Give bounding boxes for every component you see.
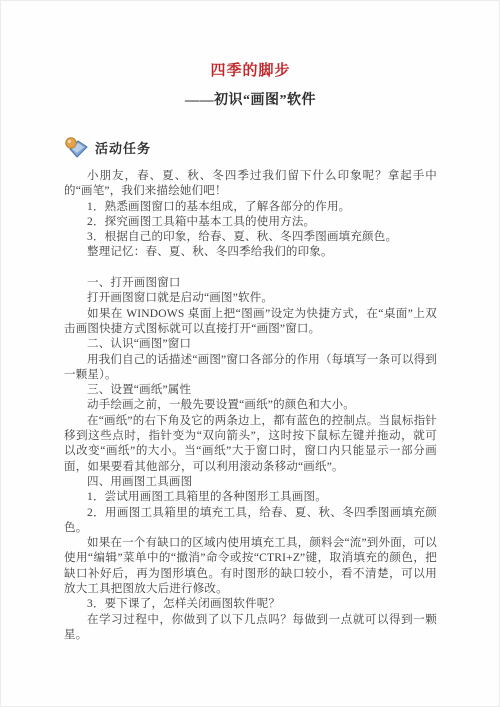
- paragraph: 1．熟悉画图窗口的基本组成，了解各部分的作用。: [64, 200, 437, 215]
- document-page: 四季的脚步 ——初识“画图”软件 活动任务 小朋友，春、夏、秋、冬四季过我们留下…: [0, 0, 500, 707]
- paragraph: 在学习过程中，你做到了以下几点吗？每做到一点就可以得到一颗星。: [64, 613, 437, 644]
- page-subtitle: ——初识“画图”软件: [64, 89, 437, 109]
- paragraph: 打开画图窗口就是启动“画图”软件。: [64, 291, 437, 306]
- document-body: 小朋友，春、夏、秋、冬四季过我们留下什么印象呢？拿起手中的“画笔”，我们来描绘她…: [64, 169, 437, 643]
- paragraph: 小朋友，春、夏、秋、冬四季过我们留下什么印象呢？拿起手中的“画笔”，我们来描绘她…: [64, 169, 437, 200]
- section-heading: 活动任务: [95, 138, 151, 157]
- paragraph: 三、设置“画纸”属性: [64, 383, 437, 398]
- paragraph: 3．要下课了，怎样关闭画图软件呢？: [64, 597, 437, 612]
- paragraph: 一、打开画图窗口: [64, 276, 437, 291]
- paragraph: 四、用画图工具画图: [64, 475, 437, 490]
- page-title: 四季的脚步: [64, 59, 437, 80]
- paragraph: 动手绘画之前，一般先要设置“画纸”的颜色和大小。: [64, 398, 437, 413]
- section-heading-row: 活动任务: [64, 135, 437, 159]
- paragraph: 1．尝试用画图工具箱里的各种图形工具画图。: [64, 490, 437, 505]
- paragraph: 2．探究画图工具箱中基本工具的使用方法。: [64, 215, 437, 230]
- paragraph: 如果在一个有缺口的区域内使用填充工具，颜料会“流”到外面，可以使用“编辑”菜单中…: [64, 536, 437, 597]
- paragraph: 2．用画图工具箱里的填充工具，给春、夏、秋、冬四季图画填充颜色。: [64, 506, 437, 537]
- paragraph: 二、认识“画图”窗口: [64, 337, 437, 352]
- paragraph: 如果在 WINDOWS 桌面上把“图画”设定为快捷方式，在“桌面”上双击画图快捷…: [64, 307, 437, 338]
- task-clipart-icon: [64, 136, 88, 158]
- paragraph: 在“画纸”的右下角及它的两条边上，都有蓝色的控制点。当鼠标指针移到这些点时，指针…: [64, 414, 437, 475]
- paragraph: 3．根据自己的印象，给春、夏、秋、冬四季图画填充颜色。: [64, 230, 437, 245]
- paragraph: 用我们自己的话描述“画图”窗口各部分的作用（每填写一条可以得到一颗星）。: [64, 353, 437, 384]
- paragraph-spacer: [64, 261, 437, 276]
- paragraph: 整理记忆：春、夏、秋、冬四季给我们的印象。: [64, 245, 437, 260]
